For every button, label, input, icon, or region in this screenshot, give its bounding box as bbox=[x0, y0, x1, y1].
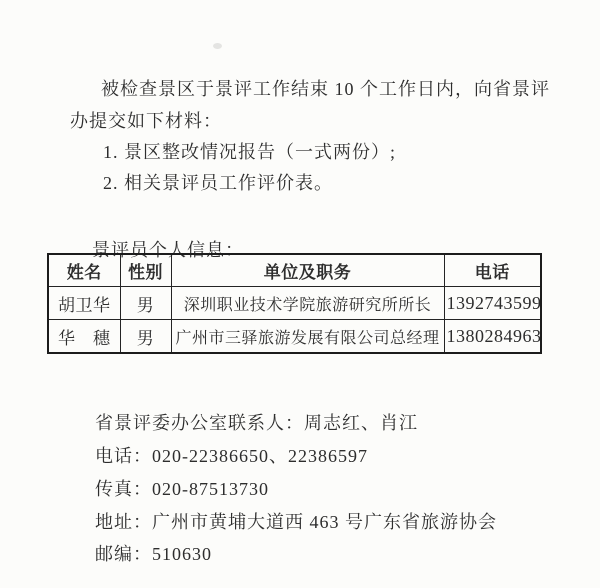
cell-phone: 13927435999 bbox=[444, 287, 541, 320]
contact-person-line: 省景评委办公室联系人：周志红、肖江 bbox=[95, 413, 418, 434]
cell-gender: 男 bbox=[120, 287, 171, 320]
cell-unit-position: 广州市三驿旅游发展有限公司总经理 bbox=[171, 320, 444, 354]
cell-unit-position: 深圳职业技术学院旅游研究所所长 bbox=[171, 287, 444, 320]
list-item-1: 1. 景区整改情况报告（一式两份）; bbox=[103, 142, 396, 163]
table-row: 华 穗 男 广州市三驿旅游发展有限公司总经理 13802849630 bbox=[48, 320, 541, 354]
scanned-document-page: 被检查景区于景评工作结束 10 个工作日内，向省景评 办提交如下材料： 1. 景… bbox=[0, 0, 600, 588]
header-phone: 电话 bbox=[444, 254, 541, 287]
contact-postcode-line: 邮编：510630 bbox=[95, 544, 212, 565]
table-header-row: 姓名 性别 单位及职务 电话 bbox=[48, 254, 541, 287]
list-item-2: 2. 相关景评员工作评价表。 bbox=[103, 173, 333, 194]
intro-paragraph-line-1: 被检查景区于景评工作结束 10 个工作日内，向省景评 bbox=[101, 79, 550, 100]
scan-artifact-smudge bbox=[213, 43, 222, 49]
intro-paragraph-line-2: 办提交如下材料： bbox=[70, 111, 222, 132]
contact-fax-line: 传真：020-87513730 bbox=[95, 479, 269, 500]
cell-name: 胡卫华 bbox=[48, 287, 120, 320]
header-unit-position: 单位及职务 bbox=[171, 254, 444, 287]
table-row: 胡卫华 男 深圳职业技术学院旅游研究所所长 13927435999 bbox=[48, 287, 541, 320]
reviewer-info-table: 姓名 性别 单位及职务 电话 胡卫华 男 深圳职业技术学院旅游研究所所长 139… bbox=[47, 253, 542, 354]
contact-phone-line: 电话：020-22386650、22386597 bbox=[95, 446, 368, 467]
cell-name: 华 穗 bbox=[48, 320, 120, 354]
cell-gender: 男 bbox=[120, 320, 171, 354]
header-name: 姓名 bbox=[48, 254, 120, 287]
header-gender: 性别 bbox=[120, 254, 171, 287]
cell-phone: 13802849630 bbox=[444, 320, 541, 354]
contact-address-line: 地址：广州市黄埔大道西 463 号广东省旅游协会 bbox=[95, 512, 497, 533]
